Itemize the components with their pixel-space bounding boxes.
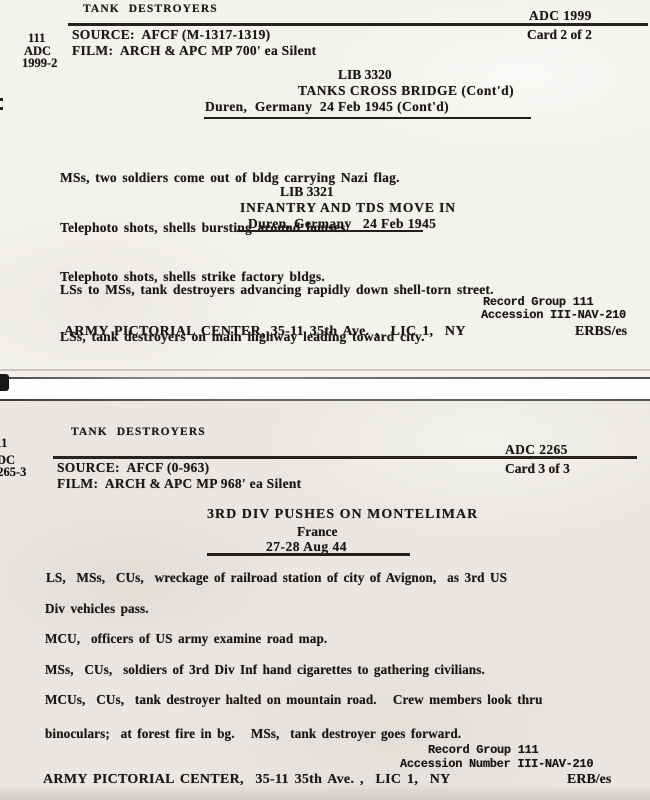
card2-section-location: France <box>297 524 337 540</box>
card1-typist-initials: ERBS/es <box>575 324 627 340</box>
card1-section1-location-date: Duren, Germany 24 Feb 1945 (Cont'd) <box>205 99 449 115</box>
card2-section-title: 3RD DIV PUSHES ON MONTELIMAR <box>207 507 478 523</box>
card1-section1-underline <box>204 117 531 119</box>
card2-typist-initials: ERB/es <box>567 772 611 788</box>
card1-footer-address: ARMY PICTORIAL CENTER, 35-11 35th Ave. ,… <box>64 324 466 340</box>
shot-description: Div vehicles pass. <box>45 601 149 616</box>
card2-section-underline <box>207 553 410 556</box>
card2-margin-record-group: 111 <box>0 436 7 450</box>
card1-section1-title: TANKS CROSS BRIDGE (Cont'd) <box>298 83 514 99</box>
card1-film-line: FILM: ARCH & APC MP 700' ea Silent <box>72 43 316 59</box>
card2-margin-card-id: 2265-3 <box>0 465 26 479</box>
card1-margin-card-id: 1999-2 <box>22 56 57 70</box>
index-card-adc-1999: TANK DESTROYERS ADC 1999 Card 2 of 2 111… <box>0 0 650 378</box>
card2-source-line: SOURCE: AFCF (0-963) <box>57 460 209 476</box>
card1-subject-heading: TANK DESTROYERS <box>83 3 218 16</box>
scanned-index-cards-page: TANK DESTROYERS ADC 1999 Card 2 of 2 111… <box>0 0 650 800</box>
card2-footer-address: ARMY PICTORIAL CENTER, 35-11 35th Ave. ,… <box>43 772 451 788</box>
card-gap <box>0 379 650 399</box>
card1-card-count: Card 2 of 2 <box>527 27 592 43</box>
card2-accession-number: Accession Number III-NAV-210 <box>400 758 593 772</box>
shot-description: MSs, two soldiers come out of bldg carry… <box>60 170 400 187</box>
card1-source-line: SOURCE: AFCF (M-1317-1319) <box>72 27 270 43</box>
shot-description: binoculars; at forest fire in bg. MSs, t… <box>45 726 461 741</box>
shot-description: MCUs, CUs, tank destroyer halted on moun… <box>45 692 543 707</box>
card1-section1-lib-number: LIB 3320 <box>338 67 392 83</box>
card1-adc-number: ADC 1999 <box>529 8 592 24</box>
card2-subject-heading: TANK DESTROYERS <box>71 426 206 439</box>
card1-accession-number: Accession III-NAV-210 <box>481 309 626 323</box>
card2-header-rule <box>53 456 637 459</box>
card1-section2-underline <box>237 230 423 232</box>
shot-description: MSs, CUs, soldiers of 3rd Div Inf hand c… <box>45 662 485 677</box>
card1-bottom-edge-shadow <box>0 369 650 371</box>
card2-record-group: Record Group 111 <box>428 744 538 758</box>
card2-film-line: FILM: ARCH & APC MP 968' ea Silent <box>57 476 301 492</box>
shot-description: LSs to MSs, tank destroyers advancing ra… <box>60 282 494 298</box>
card2-card-count: Card 3 of 3 <box>505 461 570 477</box>
shot-description: MCU, officers of US army examine road ma… <box>45 631 327 646</box>
scan-artifact-mark <box>0 98 3 112</box>
shot-description: LS, MSs, CUs, wreckage of railroad stati… <box>46 570 507 585</box>
scan-artifact-blob <box>0 374 9 391</box>
card1-section2-title: INFANTRY AND TDS MOVE IN <box>240 200 456 216</box>
card1-section2-lib-number: LIB 3321 <box>280 184 334 200</box>
